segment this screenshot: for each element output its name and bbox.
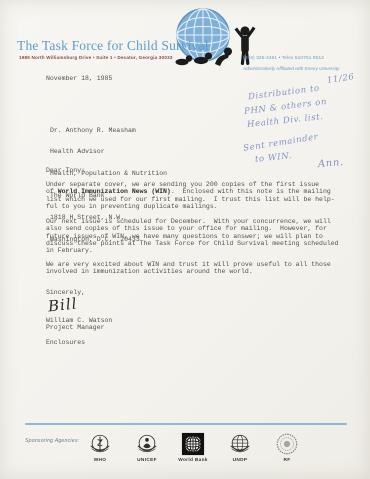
phone-telex-line: (404) 325-2451 • Telex 510751 8512 bbox=[243, 56, 365, 61]
newsletter-title-bold: World Immunization News (WIN) bbox=[58, 188, 171, 195]
undp-emblem-icon bbox=[228, 432, 252, 456]
letter-date: November 18, 1985 bbox=[46, 75, 112, 82]
agency-label: UNICEF bbox=[125, 458, 169, 463]
footer-divider bbox=[25, 423, 347, 425]
agency-unicef: UNICEF bbox=[125, 432, 169, 463]
body-paragraph-2: Our next issue is scheduled for December… bbox=[46, 218, 346, 254]
agency-world-bank: World Bank bbox=[171, 432, 215, 463]
sponsoring-agencies-label: Sponsoring Agencies: bbox=[25, 438, 79, 444]
scanned-letter-page: { "letterhead": { "org_name": "The Task … bbox=[0, 0, 370, 479]
agency-undp: UNDP bbox=[218, 432, 262, 463]
organization-name: The Task Force for Child Survival bbox=[17, 38, 209, 54]
agency-label: UNDP bbox=[218, 458, 262, 463]
salutation: Dear Tony: bbox=[46, 167, 85, 174]
organization-address: 1989 North Williamsburg Drive • Suite 1 … bbox=[19, 55, 173, 60]
handwritten-note-line: Sent remainder bbox=[243, 132, 319, 154]
handwritten-signature: Bill bbox=[47, 295, 78, 316]
recipient-line: Health Advisor bbox=[50, 148, 167, 155]
who-emblem-icon bbox=[88, 432, 112, 456]
agency-label: World Bank bbox=[171, 458, 215, 463]
agency-label: RF bbox=[265, 458, 309, 463]
recipient-line: Dr. Anthony R. Measham bbox=[50, 127, 167, 134]
world-bank-emblem-icon bbox=[181, 432, 205, 456]
agency-who: WHO bbox=[78, 432, 122, 463]
body-paragraph-3: We are very excited about WIN and trust … bbox=[46, 261, 346, 276]
enclosures-note: Enclosures bbox=[46, 339, 85, 346]
body-paragraph-1: Under separate cover, we are sending you… bbox=[46, 181, 346, 210]
rf-seal-icon bbox=[275, 432, 299, 456]
sender-title: Project Manager bbox=[46, 324, 105, 331]
affiliation-line: Administratively Affiliated with Emory U… bbox=[243, 66, 365, 71]
handwritten-note-line: to WIN. bbox=[255, 151, 293, 165]
unicef-emblem-icon bbox=[135, 432, 159, 456]
agency-rockefeller-foundation: RF bbox=[265, 432, 309, 463]
handwritten-date: 11/26 bbox=[326, 72, 355, 86]
handwritten-initials: Ann. bbox=[318, 157, 345, 170]
agency-label: WHO bbox=[78, 458, 122, 463]
